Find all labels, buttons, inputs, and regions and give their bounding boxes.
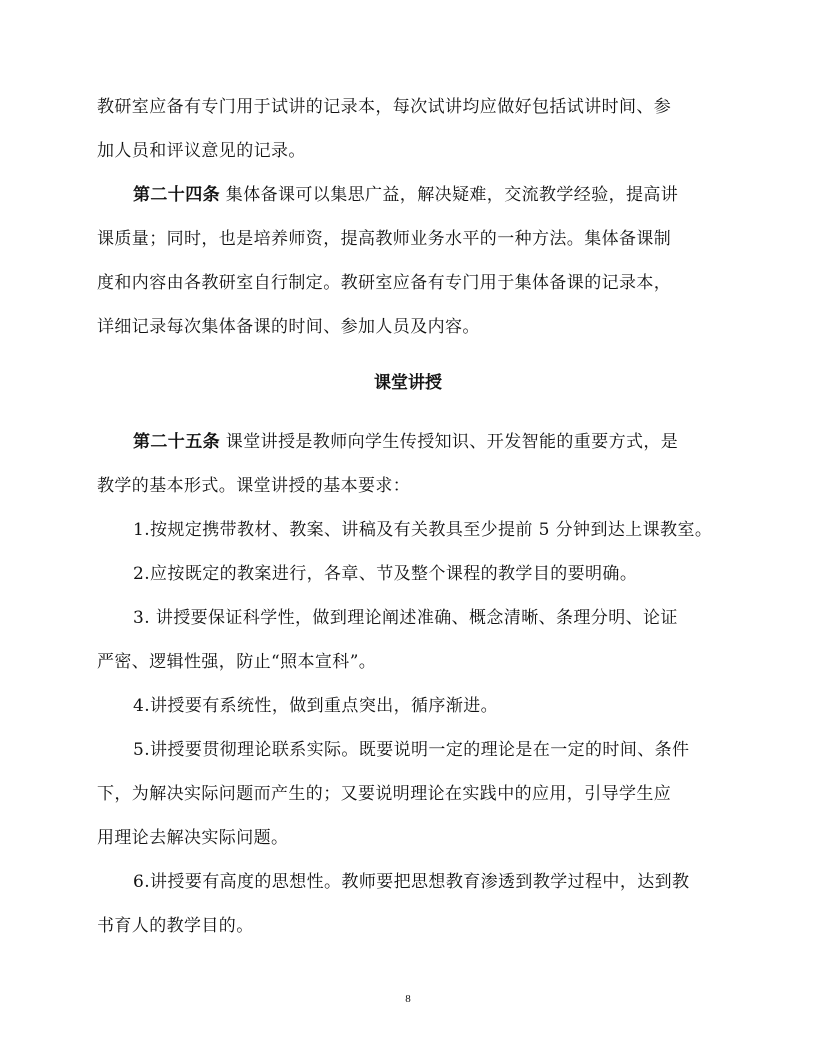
list-item-1: 1.按规定携带教材、教案、讲稿及有关教具至少提前 5 分钟到达上课教室。 [133, 519, 712, 541]
list-item-5: 5.讲授要贯彻理论联系实际。既要说明一定的理论是在一定的时间、条件 [133, 739, 689, 761]
article-number: 第二十四条 [133, 185, 220, 205]
article-text: 课堂讲授是教师向学生传授知识、开发智能的重要方式，是 [220, 432, 678, 452]
article-number: 第二十五条 [133, 432, 220, 452]
article-25-line: 第二十五条 课堂讲授是教师向学生传授知识、开发智能的重要方式，是 [133, 431, 678, 453]
list-item-3-cont: 严密、逻辑性强，防止“照本宣科”。 [97, 651, 376, 673]
list-item-2: 2.应按既定的教案进行，各章、节及整个课程的教学目的要明确。 [133, 563, 637, 585]
list-item-5-cont: 用理论去解决实际问题。 [97, 827, 288, 849]
document-page: 教研室应备有专门用于试讲的记录本，每次试讲均应做好包括试讲时间、参 加人员和评议… [0, 0, 816, 1056]
section-heading: 课堂讲授 [0, 372, 816, 394]
paragraph-line: 详细记录每次集体备课的时间、参加人员及内容。 [97, 316, 480, 338]
list-item-3: 3. 讲授要保证科学性，做到理论阐述准确、概念清晰、条理分明、论证 [133, 607, 678, 629]
article-24-line: 第二十四条 集体备课可以集思广益，解决疑难，交流教学经验，提高讲 [133, 184, 678, 206]
paragraph-line: 度和内容由各教研室自行制定。教研室应备有专门用于集体备课的记录本， [97, 272, 671, 294]
list-item-4: 4.讲授要有系统性，做到重点突出，循序渐进。 [133, 695, 498, 717]
article-text: 集体备课可以集思广益，解决疑难，交流教学经验，提高讲 [220, 185, 678, 205]
paragraph-line: 课质量；同时，也是培养师资，提高教师业务水平的一种方法。集体备课制 [97, 228, 671, 250]
paragraph-line: 教学的基本形式。课堂讲授的基本要求： [97, 475, 410, 497]
list-item-5-cont: 下，为解决实际问题而产生的；又要说明理论在实践中的应用，引导学生应 [97, 783, 671, 805]
list-item-6: 6.讲授要有高度的思想性。教师要把思想教育渗透到教学过程中，达到教 [133, 871, 689, 893]
page-number: 8 [0, 993, 816, 1005]
paragraph-line: 教研室应备有专门用于试讲的记录本，每次试讲均应做好包括试讲时间、参 [97, 96, 671, 118]
list-item-6-cont: 书育人的教学目的。 [97, 915, 254, 937]
paragraph-line: 加人员和评议意见的记录。 [97, 140, 306, 162]
